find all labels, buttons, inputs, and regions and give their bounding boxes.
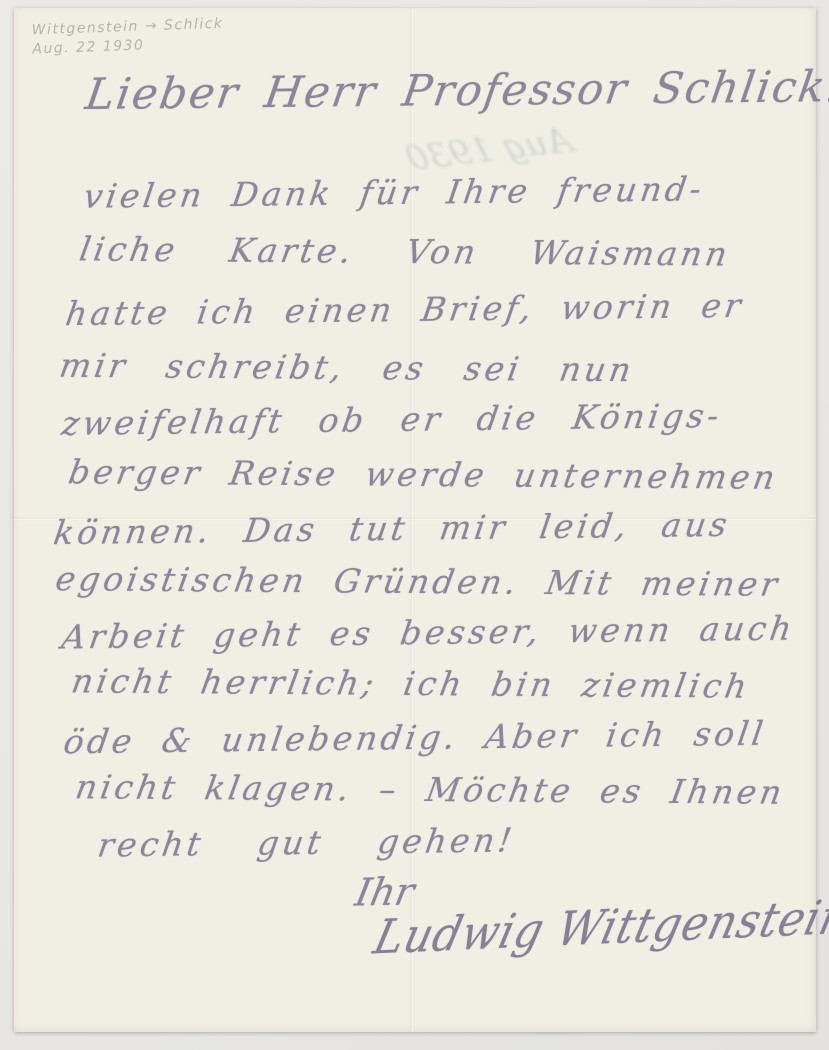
- letter-line-10: nicht herrlich; ich bin ziemlich: [69, 661, 753, 705]
- signature: Ludwig Wittgenstein: [369, 889, 829, 965]
- letter-line-5: zweifelhaft ob er die Königs-: [59, 396, 725, 443]
- letter-line-4: mir schreibt, es sei nun: [57, 346, 638, 389]
- letter-line-1: vielen Dank für Ihre freund-: [81, 169, 707, 216]
- letter-line-8: egoistischen Gründen. Mit meiner: [53, 559, 784, 604]
- letter-line-12: nicht klagen. – Möchte es Ihnen: [73, 767, 788, 812]
- letter-page: Wittgenstein → Schlick Aug. 22 1930 Aug …: [14, 8, 816, 1032]
- letter-line-3: hatte ich einen Brief, worin er: [63, 286, 747, 333]
- letter-line-6: berger Reise werde unternehmen: [66, 452, 782, 497]
- letter-line-11: öde & unlebendig. Aber ich soll: [61, 714, 769, 762]
- closing: Ihr: [352, 869, 418, 914]
- archival-annotation: Wittgenstein → Schlick Aug. 22 1930: [31, 15, 224, 60]
- letter-line-7: können. Das tut mir leid, aus: [51, 505, 733, 552]
- letter-line-13: recht gut gehen!: [95, 820, 518, 864]
- letter-line-2: liche Karte. Von Waismann: [77, 229, 734, 273]
- letter-line-9: Arbeit geht es besser, wenn auch: [59, 608, 797, 656]
- salutation: Lieber Herr Professor Schlick!: [82, 62, 829, 120]
- scan-background: Wittgenstein → Schlick Aug. 22 1930 Aug …: [0, 0, 829, 1050]
